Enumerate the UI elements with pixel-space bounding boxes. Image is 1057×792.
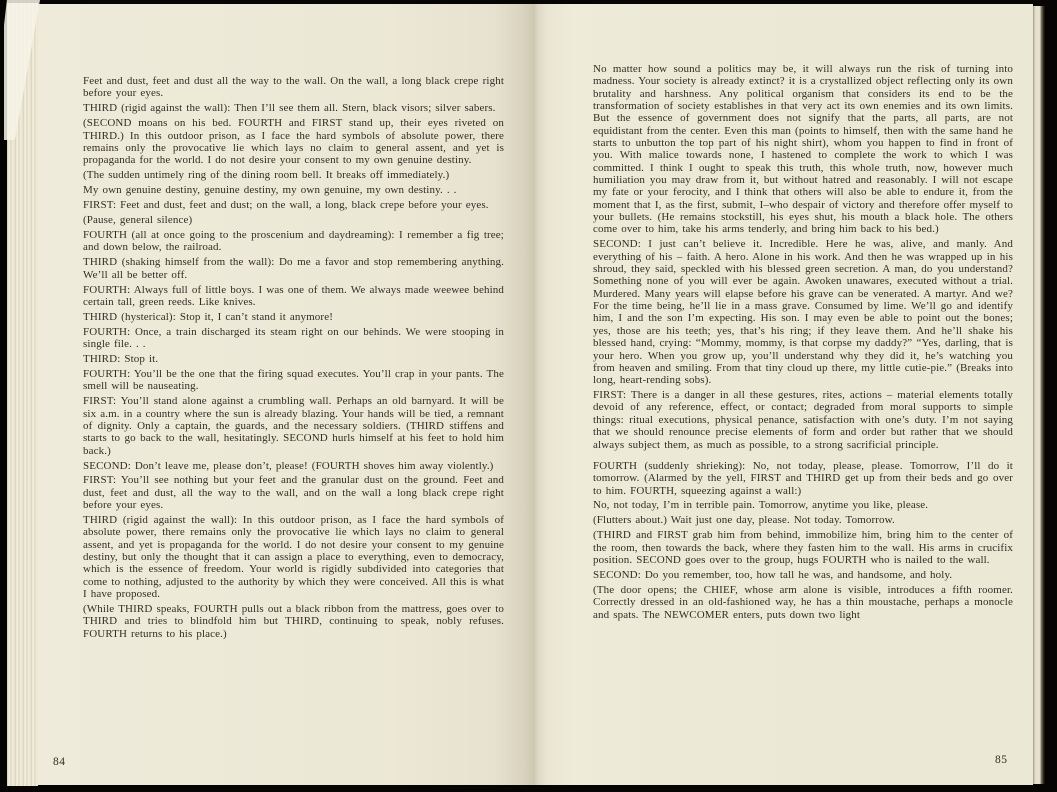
right-page: No matter how sound a politics may be, i… xyxy=(533,4,1033,785)
paragraph: FOURTH: Always full of little boys. I wa… xyxy=(83,284,504,309)
paragraph: No, not today, I’m in terrible pain. Tom… xyxy=(593,499,1013,511)
paragraph: FIRST: There is a danger in all these ge… xyxy=(593,389,1013,451)
page-number-left: 84 xyxy=(53,756,66,768)
paragraph: THIRD (rigid against the wall): In this … xyxy=(83,514,504,600)
paragraph: THIRD (rigid against the wall): Then I’l… xyxy=(83,102,504,114)
paragraph: (Flutters about.) Wait just one day, ple… xyxy=(593,514,1013,526)
paragraph: No matter how sound a politics may be, i… xyxy=(593,63,1013,236)
paragraph: FOURTH: You’ll be the one that the firin… xyxy=(83,368,504,393)
paragraph: My own genuine destiny, genuine destiny,… xyxy=(83,184,504,196)
book-fore-edge-right xyxy=(1033,6,1045,784)
paragraph: SECOND: Do you remember, too, how tall h… xyxy=(593,569,1013,581)
paragraph: THIRD (hysterical): Stop it, I can’t sta… xyxy=(83,311,504,323)
paragraph: (Pause, general silence) xyxy=(83,214,504,226)
paragraph: THIRD (shaking himself from the wall): D… xyxy=(83,256,504,281)
page-number-right: 85 xyxy=(995,754,1008,766)
left-page: Feet and dust, feet and dust all the way… xyxy=(38,4,533,785)
paragraph: (The sudden untimely ring of the dining … xyxy=(83,169,504,181)
paragraph: SECOND: I just can’t believe it. Incredi… xyxy=(593,238,1013,386)
paragraph: SECOND: Don’t leave me, please don’t, pl… xyxy=(83,460,504,472)
paragraph: (The door opens; the CHIEF, whose arm al… xyxy=(593,584,1013,621)
paragraph: FIRST: You’ll stand alone against a crum… xyxy=(83,395,504,457)
paragraph: (While THIRD speaks, FOURTH pulls out a … xyxy=(83,603,504,640)
right-page-text-column: No matter how sound a politics may be, i… xyxy=(593,63,1013,624)
book-spread-scan: Feet and dust, feet and dust all the way… xyxy=(0,0,1057,792)
paragraph: FOURTH (all at once going to the proscen… xyxy=(83,229,504,254)
paragraph: FOURTH: Once, a train discharged its ste… xyxy=(83,326,504,351)
paragraph: FOURTH (suddenly shrieking): No, not tod… xyxy=(593,460,1013,497)
paragraph: FIRST: You’ll see nothing but your feet … xyxy=(83,474,504,511)
paragraph: (SECOND moans on his bed. FOURTH and FIR… xyxy=(83,117,504,166)
paragraph: FIRST: Feet and dust, feet and dust; on … xyxy=(83,199,504,211)
paragraph: (THIRD and FIRST grab him from behind, i… xyxy=(593,529,1013,566)
paragraph: THIRD: Stop it. xyxy=(83,353,504,365)
left-page-text-column: Feet and dust, feet and dust all the way… xyxy=(83,75,504,643)
paragraph: Feet and dust, feet and dust all the way… xyxy=(83,75,504,100)
